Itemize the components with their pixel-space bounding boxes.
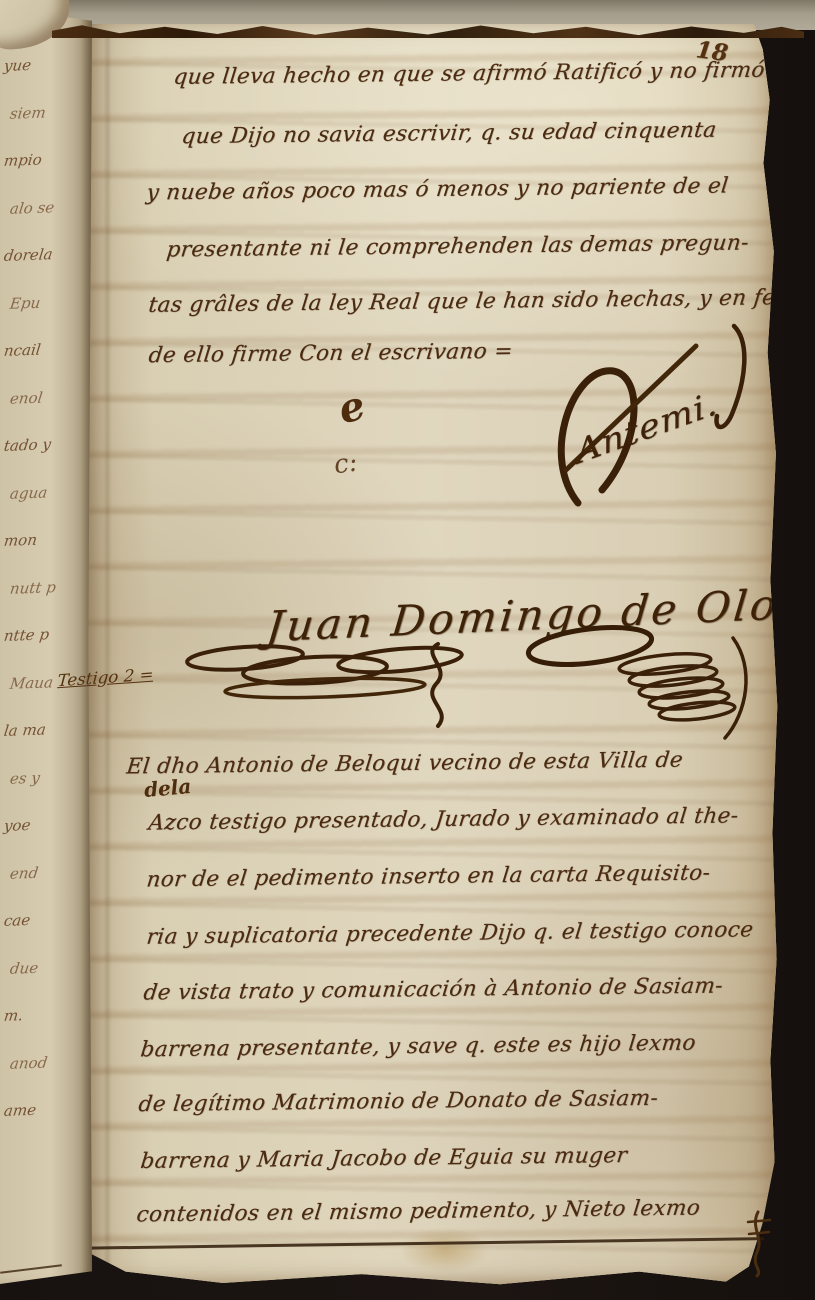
previous-page-edge: yue siem mpio alo se dorela Epu ncail en… xyxy=(0,8,92,1284)
page-edge-fragment: alo se xyxy=(7,184,59,233)
manuscript-line: ria y suplicatoria precedente Dijo q. el… xyxy=(145,917,755,949)
page-edge-fragment: ntte p xyxy=(1,611,59,660)
bottom-right-flourish xyxy=(740,1208,776,1280)
manuscript-line: de vista trato y comunicación à Antonio … xyxy=(142,973,724,1005)
previous-page-text-fragments: yue siem mpio alo se dorela Epu ncail en… xyxy=(4,42,56,1135)
signature-flourish-right xyxy=(515,618,765,748)
page-edge-fragment: dorela xyxy=(1,231,59,280)
page-edge-fragment: mon xyxy=(1,516,59,565)
manuscript-line: contenidos en el mismo pedimento, y Niet… xyxy=(135,1196,701,1228)
page-edge-fragment: agua xyxy=(7,469,59,518)
manuscript-line: Azco testigo presentado, Jurado y examin… xyxy=(147,803,740,835)
page-edge-fragment: m. xyxy=(1,991,59,1040)
manuscript-line: de ello firme Con el escrivano = xyxy=(147,339,514,368)
page-edge-fragment: la ma xyxy=(1,706,59,755)
page-edge-fragment: cae xyxy=(1,896,59,945)
binding-gutter-shadow xyxy=(106,34,109,1274)
manuscript-line: de legítimo Matrimonio de Donato de Sasi… xyxy=(137,1086,659,1117)
manuscript-line: nor de el pedimento inserto en la carta … xyxy=(145,861,711,893)
stray-ink-mark: c: xyxy=(332,448,359,481)
page-edge-fragment: ncail xyxy=(1,326,59,375)
manuscript-line: barrena y Maria Jacobo de Eguia su muger xyxy=(139,1143,628,1174)
page-edge-fragment: enol xyxy=(7,374,59,423)
manuscript-line: y nuebe años poco mas ó menos y no parie… xyxy=(145,173,730,205)
page-edge-fragment: Epu xyxy=(7,279,59,328)
manuscript-line: presentante ni le comprehenden las demas… xyxy=(165,230,750,262)
page-edge-fragment: nutt p xyxy=(7,564,59,613)
manuscript-photo: yue siem mpio alo se dorela Epu ncail en… xyxy=(0,0,815,1300)
stray-ink-mark: e xyxy=(334,382,370,434)
manuscript-line: que lleva hecho en que se afirmó Ratific… xyxy=(172,57,812,90)
page-edge-fragment: siem xyxy=(7,89,59,138)
page-edge-fragment: yoe xyxy=(1,801,59,850)
manuscript-line: que Dijo no savia escrivir, q. su edad c… xyxy=(180,118,718,150)
signature-flourish-center xyxy=(408,640,468,730)
manuscript-line: El dho Antonio de Beloqui vecino de esta… xyxy=(125,748,684,780)
page-edge-fragment: ame xyxy=(1,1086,59,1135)
page-edge-fragment: due xyxy=(7,944,59,993)
page-edge-fragment: tado y xyxy=(1,421,59,470)
manuscript-line: tas grâles de la ley Real que le han sid… xyxy=(147,285,790,318)
page-edge-fragment: Maua xyxy=(7,659,59,708)
page-edge-fragment: end xyxy=(7,849,59,898)
page-edge-fragment: es y xyxy=(7,754,59,803)
manuscript-line: barrena presentante, y save q. este es h… xyxy=(139,1031,697,1063)
page-edge-fragment: anod xyxy=(7,1039,59,1088)
page-edge-fragment: mpio xyxy=(1,136,59,185)
